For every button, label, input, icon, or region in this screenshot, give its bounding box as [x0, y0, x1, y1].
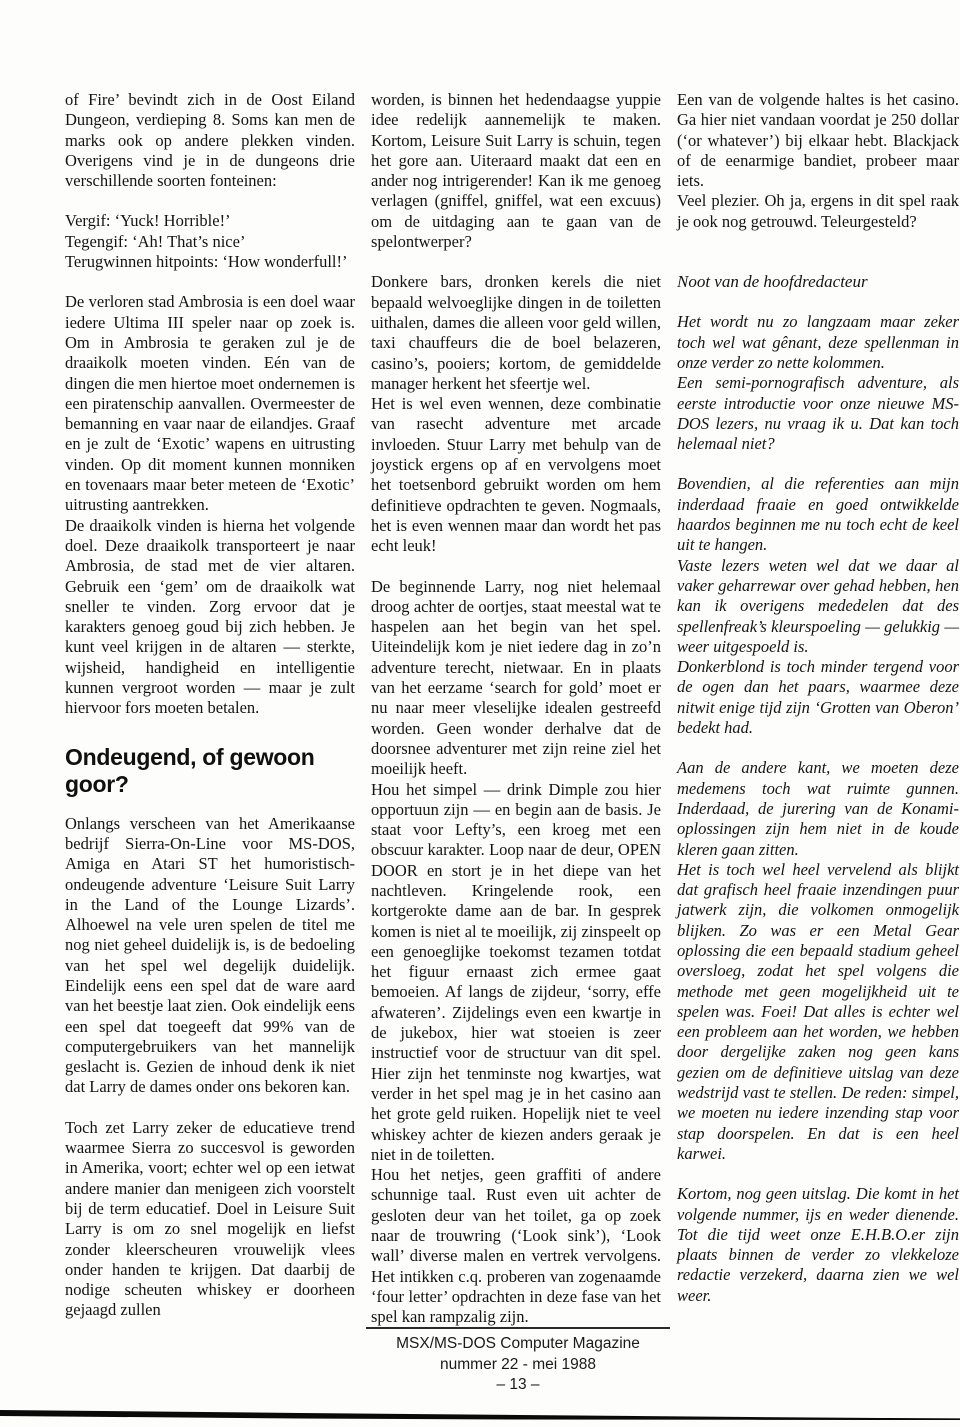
paragraph-spacer: [65, 191, 355, 211]
footer-page-number: – 13 –: [366, 1375, 670, 1396]
paragraph-spacer: [677, 738, 959, 758]
editor-note-paragraph: Kortom, nog geen uitslag. Die komt in he…: [677, 1184, 959, 1306]
fountain-line-hitpoints: Terugwinnen hitpoints: ‘How wonderfull!’: [65, 252, 355, 272]
editor-note-paragraph: Het is toch wel heel vervelend als blijk…: [677, 860, 959, 1164]
editor-note-heading: Noot van de hoofdredacteur: [677, 272, 959, 292]
paragraph: De draaikolk vinden is hierna het volgen…: [65, 516, 355, 719]
paragraph: Onlangs verscheen van het Amerikaanse be…: [65, 814, 355, 1098]
paragraph: Donkere bars, dronken kerels die niet be…: [371, 272, 661, 394]
paragraph-spacer: [371, 557, 661, 577]
editor-note-paragraph: Vaste lezers weten wel dat we daar al va…: [677, 556, 959, 657]
editor-note-paragraph: Donkerblond is toch minder tergend voor …: [677, 657, 959, 738]
footer-issue: nummer 22 - mei 1988: [366, 1355, 670, 1376]
editor-note-paragraph: Een semi-pornografisch adventure, als ee…: [677, 373, 959, 454]
paragraph: De verloren stad Ambrosia is een doel wa…: [65, 292, 355, 515]
paragraph: Hou het simpel — drink Dimple zou hier o…: [371, 780, 661, 1166]
page-body: of Fire’ bevindt zich in de Oost Eiland …: [65, 90, 959, 1328]
paragraph-spacer: [65, 272, 355, 292]
paragraph: of Fire’ bevindt zich in de Oost Eiland …: [65, 90, 355, 191]
paragraph: Toch zet Larry zeker de educatieve trend…: [65, 1118, 355, 1321]
column-right: Een van de volgende haltes is het casino…: [677, 90, 959, 1306]
paragraph: worden, is binnen het hedendaagse yuppie…: [371, 90, 661, 252]
page-footer: MSX/MS-DOS Computer Magazine nummer 22 -…: [366, 1327, 670, 1396]
paragraph-spacer: [65, 1098, 355, 1118]
paragraph-spacer: [677, 1164, 959, 1184]
paragraph: Veel plezier. Oh ja, ergens in dit spel …: [677, 191, 959, 232]
section-spacer: [677, 232, 959, 272]
paragraph: Een van de volgende haltes is het casino…: [677, 90, 959, 191]
paragraph-spacer: [677, 454, 959, 474]
fountain-line-poison: Vergif: ‘Yuck! Horrible!’: [65, 211, 355, 231]
paragraph: Hou het netjes, geen graffiti of andere …: [371, 1165, 661, 1327]
section-heading: Ondeugend, of gewoon goor?: [65, 744, 355, 798]
paragraph: De beginnende Larry, nog niet helemaal d…: [371, 577, 661, 780]
paragraph-spacer: [677, 292, 959, 312]
paragraph: Het is wel even wennen, deze combinatie …: [371, 394, 661, 556]
editor-note-paragraph: Het wordt nu zo langzaam maar zeker toch…: [677, 312, 959, 373]
paragraph-spacer: [371, 252, 661, 272]
scan-edge-artifact: [0, 1396, 960, 1427]
column-left: of Fire’ bevindt zich in de Oost Eiland …: [65, 90, 355, 1321]
column-middle: worden, is binnen het hedendaagse yuppie…: [371, 90, 661, 1328]
editor-note-paragraph: Bovendien, al die referenties aan mijn i…: [677, 474, 959, 555]
footer-magazine-title: MSX/MS-DOS Computer Magazine: [366, 1334, 670, 1355]
editor-note-paragraph: Aan de andere kant, we moeten deze medem…: [677, 758, 959, 859]
fountain-line-antidote: Tegengif: ‘Ah! That’s nice’: [65, 232, 355, 252]
fountain-list: Vergif: ‘Yuck! Horrible!’ Tegengif: ‘Ah!…: [65, 211, 355, 272]
